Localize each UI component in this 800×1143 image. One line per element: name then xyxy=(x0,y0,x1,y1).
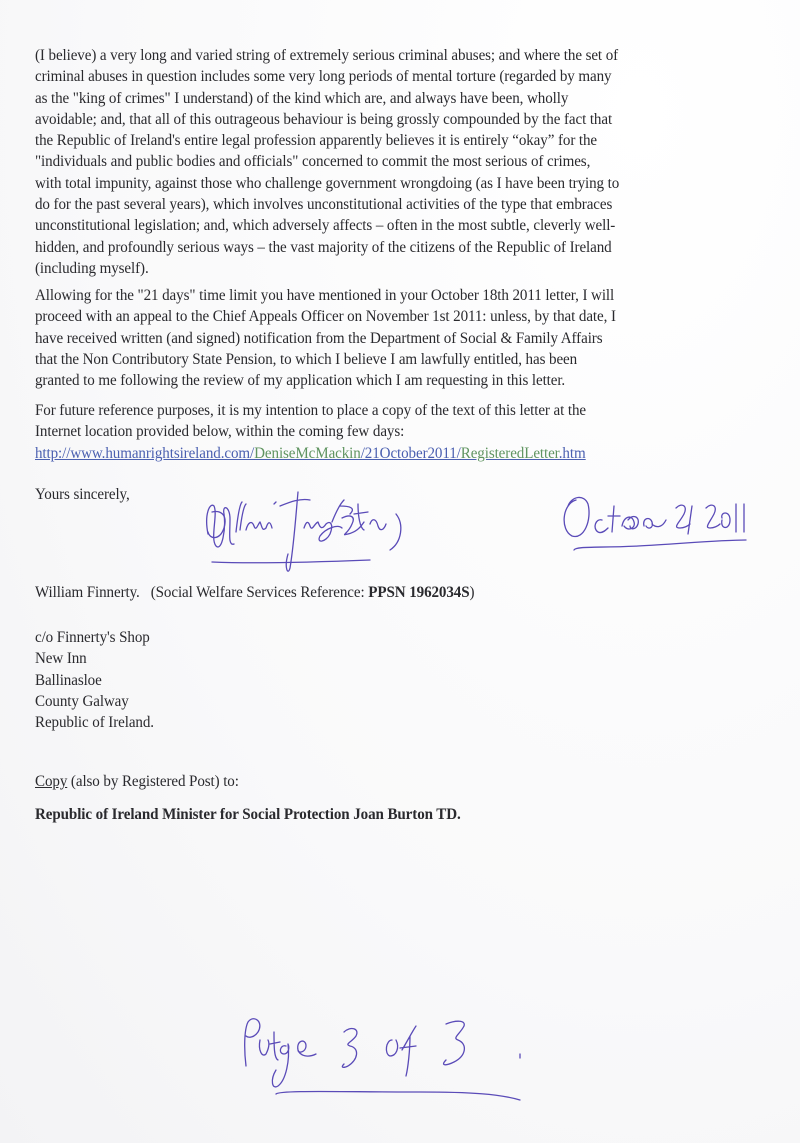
letter-url-link[interactable]: http://www.humanrightsireland.com/Denise… xyxy=(35,443,742,464)
url-part-ext[interactable]: .htm xyxy=(559,444,586,462)
text-line: that the Non Contributory State Pension,… xyxy=(35,349,742,370)
address-line: c/o Finnerty's Shop xyxy=(35,627,742,648)
text-line: Allowing for the "21 days" time limit yo… xyxy=(35,285,742,306)
text-line: Internet location provided below, within… xyxy=(35,421,742,442)
text-line: "individuals and public bodies and offic… xyxy=(35,151,742,172)
reference-prefix: (Social Welfare Services Reference: xyxy=(151,583,369,601)
text-line: proceed with an appeal to the Chief Appe… xyxy=(35,306,742,327)
paragraph-appeal: Allowing for the "21 days" time limit yo… xyxy=(35,285,742,391)
text-line: have received written (and signed) notif… xyxy=(35,328,742,349)
reference-suffix: ) xyxy=(470,583,475,601)
address-line: County Galway xyxy=(35,691,742,712)
text-line: criminal abuses in question includes som… xyxy=(35,66,742,87)
copy-label: Copy xyxy=(35,772,67,790)
text-line: (including myself). xyxy=(35,258,742,279)
letter-page: (I believe) a very long and varied strin… xyxy=(0,0,800,1143)
url-part-file[interactable]: RegisteredLetter xyxy=(461,444,559,462)
text-line: avoidable; and, that all of this outrage… xyxy=(35,109,742,130)
sender-name-line: William Finnerty. (Social Welfare Servic… xyxy=(35,582,742,603)
address-line: Ballinasloe xyxy=(35,670,742,691)
copy-line: Copy (also by Registered Post) to: xyxy=(35,771,742,792)
handwritten-page-number xyxy=(240,1010,580,1110)
ppsn-number: PPSN 1962034S xyxy=(368,583,469,601)
handwritten-signature xyxy=(200,484,480,579)
text-line: hidden, and profoundly serious ways – th… xyxy=(35,237,742,258)
text-line: as the "king of crimes" I understand) of… xyxy=(35,88,742,109)
sender-address: c/o Finnerty's Shop New Inn Ballinasloe … xyxy=(35,627,742,733)
sender-name: William Finnerty. xyxy=(35,583,140,601)
text-line: the Republic of Ireland's entire legal p… xyxy=(35,130,742,151)
paragraph-criminal-abuses: (I believe) a very long and varied strin… xyxy=(35,45,742,279)
address-line: Republic of Ireland. xyxy=(35,712,742,733)
copy-recipient: Republic of Ireland Minister for Social … xyxy=(35,804,742,825)
text-line: (I believe) a very long and varied strin… xyxy=(35,45,742,66)
copy-text: (also by Registered Post) to: xyxy=(67,772,239,790)
handwritten-date xyxy=(558,490,778,560)
url-part-date[interactable]: /21October2011/ xyxy=(361,444,461,462)
url-part-name[interactable]: DeniseMcMackin xyxy=(254,444,361,462)
address-line: New Inn xyxy=(35,648,742,669)
text-line: For future reference purposes, it is my … xyxy=(35,400,742,421)
text-line: unconstitutional legislation; and, which… xyxy=(35,215,742,236)
text-line: with total impunity, against those who c… xyxy=(35,173,742,194)
url-part-domain[interactable]: http://www.humanrightsireland.com/ xyxy=(35,444,254,462)
paragraph-future-reference: For future reference purposes, it is my … xyxy=(35,400,742,464)
text-line: granted to me following the review of my… xyxy=(35,370,742,391)
text-line: do for the past several years), which in… xyxy=(35,194,742,215)
